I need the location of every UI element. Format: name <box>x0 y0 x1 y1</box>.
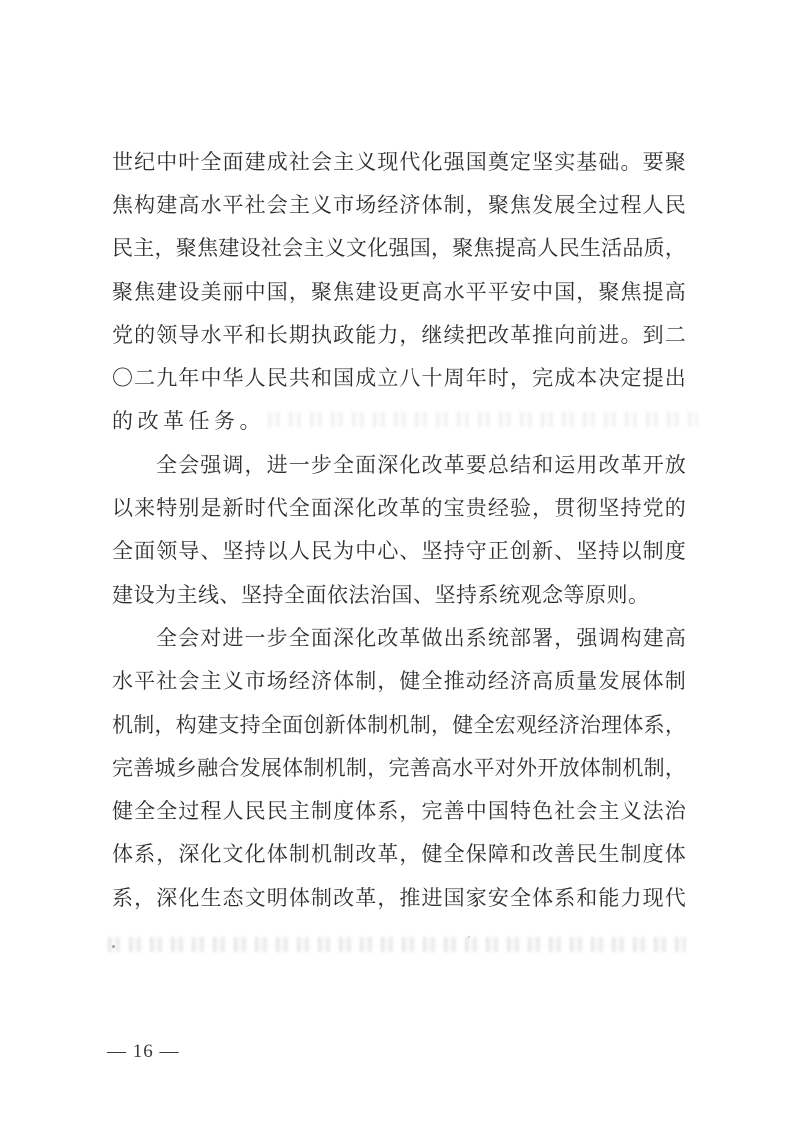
text-line: 全面领导、坚持以人民为中心、坚持守正创新、坚持以制度 <box>112 529 686 572</box>
scan-speck <box>468 936 470 938</box>
text-line: 聚焦建设美丽中国，聚焦建设更高水平平安中国，聚焦提高 <box>112 269 686 312</box>
text-line: 以来特别是新时代全面深化改革的宝贵经验，贯彻坚持党的 <box>112 485 686 528</box>
text-line: 系，深化生态文明体制改革，推进国家安全体系和能力现代 <box>112 875 686 918</box>
bleed-through-artifact <box>268 412 698 427</box>
text-line: 全会强调，进一步全面深化改革要总结和运用改革开放 <box>112 442 686 485</box>
text-line: 民主，聚焦建设社会主义文化强国，聚焦提高人民生活品质， <box>112 226 686 269</box>
text-line: 焦构建高水平社会主义市场经济体制，聚焦发展全过程人民 <box>112 182 686 225</box>
text-line: 体系，深化文化体制机制改革，健全保障和改善民生制度体 <box>112 832 686 875</box>
text-line: 健全全过程人民民主制度体系，完善中国特色社会主义法治 <box>112 788 686 831</box>
paragraph: 世纪中叶全面建成社会主义现代化强国奠定坚实基础。要聚 焦构建高水平社会主义市场经… <box>112 139 686 442</box>
text-line: 〇二九年中华人民共和国成立八十周年时，完成本决定提出 <box>112 355 686 398</box>
scan-speck <box>112 945 115 948</box>
text-line: 全会对进一步全面深化改革做出系统部署，强调构建高 <box>112 615 686 658</box>
body-text: 世纪中叶全面建成社会主义现代化强国奠定坚实基础。要聚 焦构建高水平社会主义市场经… <box>112 139 686 918</box>
scanned-document-page: 世纪中叶全面建成社会主义现代化强国奠定坚实基础。要聚 焦构建高水平社会主义市场经… <box>0 0 793 1122</box>
text-line: 世纪中叶全面建成社会主义现代化强国奠定坚实基础。要聚 <box>112 139 686 182</box>
text-line: 党的领导水平和长期执政能力，继续把改革推向前进。到二 <box>112 312 686 355</box>
paragraph: 全会对进一步全面深化改革做出系统部署，强调构建高 水平社会主义市场经济体制，健全… <box>112 615 686 918</box>
paragraph: 全会强调，进一步全面深化改革要总结和运用改革开放 以来特别是新时代全面深化改革的… <box>112 442 686 615</box>
text-line: 水平社会主义市场经济体制，健全推动经济高质量发展体制 <box>112 659 686 702</box>
text-line: 机制，构建支持全面创新体制机制，健全宏观经济治理体系， <box>112 702 686 745</box>
bleed-through-artifact <box>108 937 686 952</box>
text-line: 建设为主线、坚持全面依法治国、坚持系统观念等原则。 <box>112 572 686 615</box>
page-number: — 16 — <box>107 1041 180 1063</box>
text-line: 完善城乡融合发展体制机制，完善高水平对外开放体制机制， <box>112 745 686 788</box>
